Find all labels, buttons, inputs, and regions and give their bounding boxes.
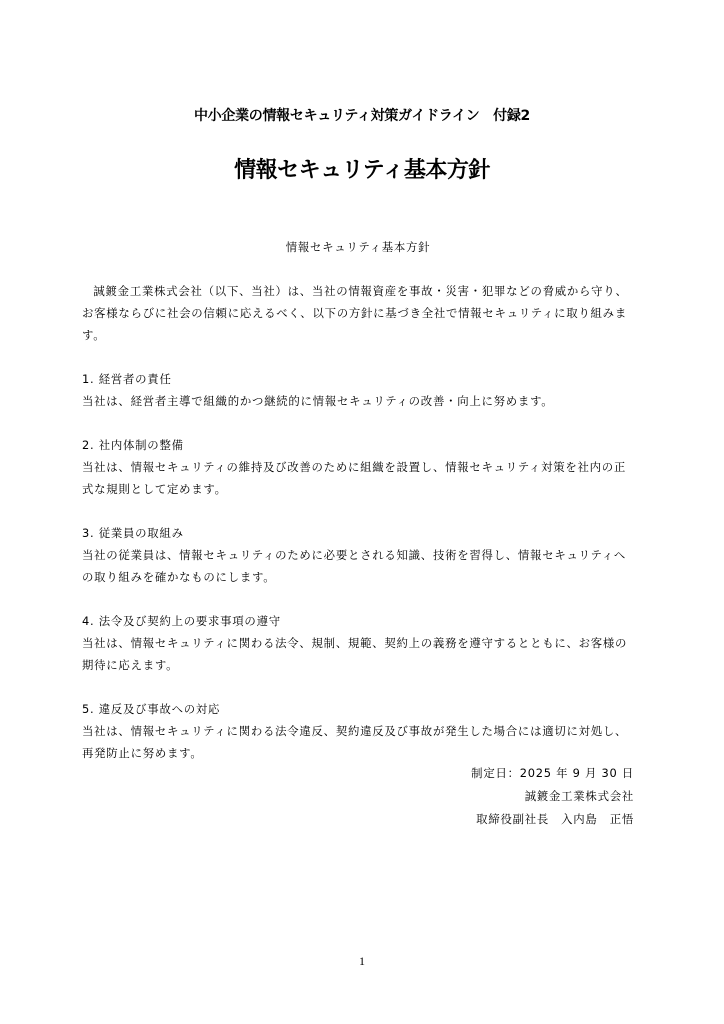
- section-heading: 2. 社内体制の整備: [82, 434, 634, 456]
- section-heading: 4. 法令及び契約上の要求事項の遵守: [82, 610, 634, 632]
- section-text: 当社は、経営者主導で組織的かつ継続的に情報セキュリティの改善・向上に努めます。: [82, 390, 634, 412]
- document-body: 情報セキュリティ基本方針 誠鍍金工業株式会社（以下、当社）は、当社の情報資産を事…: [82, 236, 634, 764]
- signer-name: 取締役副社長 入内島 正悟: [471, 808, 634, 831]
- policy-section-5: 5. 違反及び事故への対応 当社は、情報セキュリティに関わる法令違反、契約違反及…: [82, 698, 634, 764]
- page-number: 1: [0, 954, 724, 969]
- document-page: 中小企業の情報セキュリティ対策ガイドライン 付録2 情報セキュリティ基本方針 情…: [0, 0, 724, 1024]
- section-text: 当社は、情報セキュリティの維持及び改善のために組織を設置し、情報セキュリティ対策…: [82, 456, 634, 500]
- enactment-date: 制定日：2025 年 9 月 30 日: [471, 762, 634, 785]
- document-subtitle: 中小企業の情報セキュリティ対策ガイドライン 付録2: [0, 105, 724, 125]
- section-heading: 3. 従業員の取組み: [82, 522, 634, 544]
- section-text: 当社は、情報セキュリティに関わる法令、規制、規範、契約上の義務を遵守するとともに…: [82, 632, 634, 676]
- signature-block: 制定日：2025 年 9 月 30 日 誠鍍金工業株式会社 取締役副社長 入内島…: [471, 762, 634, 831]
- policy-section-4: 4. 法令及び契約上の要求事項の遵守 当社は、情報セキュリティに関わる法令、規制…: [82, 610, 634, 676]
- document-title: 情報セキュリティ基本方針: [0, 153, 724, 184]
- company-name: 誠鍍金工業株式会社: [471, 785, 634, 808]
- policy-section-1: 1. 経営者の責任 当社は、経営者主導で組織的かつ継続的に情報セキュリティの改善…: [82, 368, 634, 412]
- policy-heading: 情報セキュリティ基本方針: [82, 236, 634, 258]
- section-text: 当社の従業員は、情報セキュリティのために必要とされる知識、技術を習得し、情報セキ…: [82, 544, 634, 588]
- policy-section-3: 3. 従業員の取組み 当社の従業員は、情報セキュリティのために必要とされる知識、…: [82, 522, 634, 588]
- policy-section-2: 2. 社内体制の整備 当社は、情報セキュリティの維持及び改善のために組織を設置し…: [82, 434, 634, 500]
- section-text: 当社は、情報セキュリティに関わる法令違反、契約違反及び事故が発生した場合には適切…: [82, 720, 634, 764]
- section-heading: 1. 経営者の責任: [82, 368, 634, 390]
- intro-paragraph: 誠鍍金工業株式会社（以下、当社）は、当社の情報資産を事故・災害・犯罪などの脅威か…: [82, 280, 634, 346]
- section-heading: 5. 違反及び事故への対応: [82, 698, 634, 720]
